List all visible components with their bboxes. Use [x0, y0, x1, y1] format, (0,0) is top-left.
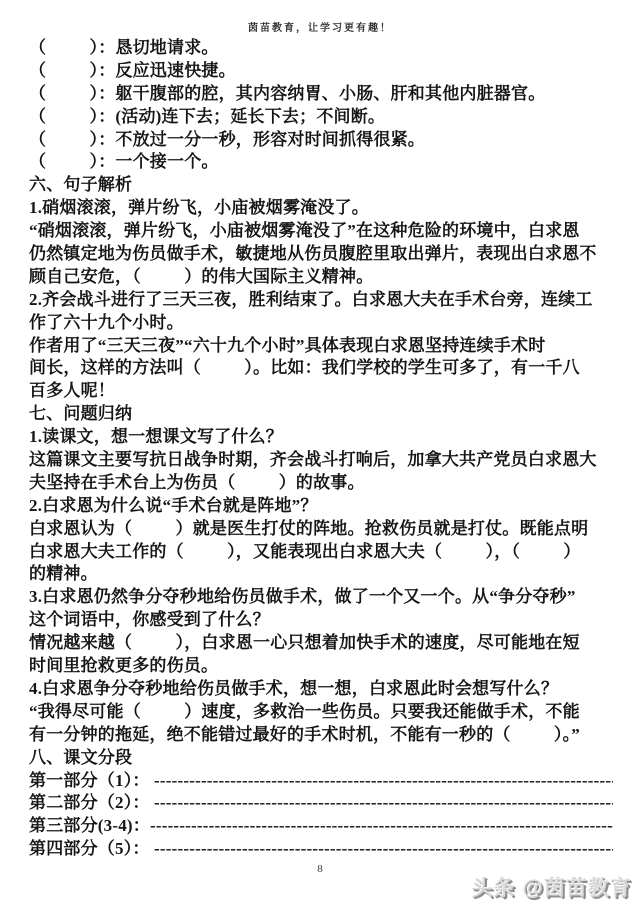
text-line: 百多人呢！	[29, 380, 613, 403]
text-line: 这篇课文主要写抗日战争时期，齐会战斗打响后，加拿大共产党员白求恩大	[29, 449, 613, 472]
definition-line: （ ）：躯干腹部的腔，其内容纳胃、小肠、肝和其他内脏器官。	[29, 83, 613, 106]
page-header-slogan: 茵苗教育，让学习更有趣！	[0, 19, 640, 34]
definition-line: （ ）：反应迅速快捷。	[29, 60, 613, 83]
text-line: 2.齐会战斗进行了三天三夜，胜利结束了。白求恩大夫在手术台旁，连续工	[29, 289, 613, 312]
text-line: 时间里抢救更多的伤员。	[29, 655, 613, 678]
fill-in-line: 第一部分（1）： -------------------------------…	[29, 770, 613, 793]
text-line: 白求恩认为（ ）就是医生打仗的阵地。抢救伤员就是打仗。既能点明	[29, 518, 613, 541]
text-line: “我得尽可能（ ）速度，多救治一些伤员。只要我还能做手术，不能	[29, 701, 613, 724]
text-line: 3.白求恩仍然争分夺秒地给伤员做手术，做了一个又一个。从“争分夺秒”	[29, 586, 613, 609]
toutiao-watermark: 头条 @茵苗教育	[472, 872, 632, 902]
worksheet-page: 茵苗教育，让学习更有趣！ （ ）：恳切地请求。（ ）：反应迅速快捷。（ ）：躯干…	[0, 0, 640, 905]
text-line: 情况越来越（ ），白求恩一心只想着加快手术的速度，尽可能地在短	[29, 632, 613, 655]
fill-in-line: 第二部分（2）： -------------------------------…	[29, 792, 613, 815]
text-line: 仍然镇定地为伤员做手术，敏捷地从伤员腹腔里取出弹片，表现出白求恩不	[29, 243, 613, 266]
text-line: 夫坚持在手术台上为伤员（ ）的故事。	[29, 472, 613, 495]
definition-line: （ ）：(活动)连下去；延长下去；不间断。	[29, 106, 613, 129]
definition-line: （ ）：恳切地请求。	[29, 37, 613, 60]
definition-line: （ ）：不放过一分一秒，形容对时间抓得很紧。	[29, 129, 613, 152]
worksheet-content: （ ）：恳切地请求。（ ）：反应迅速快捷。（ ）：躯干腹部的腔，其内容纳胃、小肠…	[29, 37, 613, 861]
text-line: 白求恩大夫工作的（ ），又能表现出白求恩大夫（ ），（ ）	[29, 541, 613, 564]
text-line: 1.读课文，想一想课文写了什么？	[29, 426, 613, 449]
text-line: 2.白求恩为什么说“手术台就是阵地”？	[29, 495, 613, 518]
text-line: 1.硝烟滚滚，弹片纷飞，小庙被烟雾淹没了。	[29, 197, 613, 220]
fill-in-line: 第四部分（5）： -------------------------------…	[29, 838, 613, 861]
definition-line: （ ）：一个接一个。	[29, 151, 613, 174]
text-line: 作者用了“三天三夜”“六十九个小时”具体表现白求恩坚持连续手术时	[29, 335, 613, 358]
text-line: 有一分钟的拖延，绝不能错过最好的手术时机，不能有一秒的（ ）。”	[29, 724, 613, 747]
text-line: 的精神。	[29, 563, 613, 586]
fill-in-line: 第三部分(3-4)：------------------------------…	[29, 815, 613, 838]
text-line: 顾自己安危，（ ）的伟大国际主义精神。	[29, 266, 613, 289]
section-heading: 七、问题归纳	[29, 403, 613, 426]
text-line: 这个词语中，你感受到了什么？	[29, 609, 613, 632]
text-line: 作了六十九个小时。	[29, 312, 613, 335]
text-line: “硝烟滚滚，弹片纷飞，小庙被烟雾淹没了”在这种危险的环境中，白求恩	[29, 220, 613, 243]
text-line: 间长，这样的方法叫（ ）。比如：我们学校的学生可多了，有一千八	[29, 357, 613, 380]
text-line: 4.白求恩争分夺秒地给伤员做手术，想一想，白求恩此时会想写什么？	[29, 678, 613, 701]
section-heading: 六、句子解析	[29, 174, 613, 197]
section-heading: 八、课文分段	[29, 747, 613, 770]
